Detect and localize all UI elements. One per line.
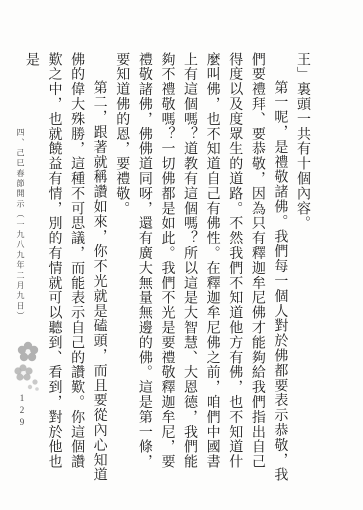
paragraph-second-vow: 第二，跟著就稱讚如來，你不光就是磕頭，而且要從內心知道佛的偉大殊勝，這種不可思議… [19, 52, 109, 484]
page-number: 129 [17, 393, 27, 429]
paragraph-continuation: 王」裏頭一共有十個內容。 [290, 52, 313, 484]
paragraph-first-vow: 第一呢，是禮敬諸佛。我們每一個人對於佛都要表示恭敬，我們要禮拜、要恭敬，因為只有… [110, 52, 291, 484]
body-text: 王」裏頭一共有十個內容。 第一呢，是禮敬諸佛。我們每一個人對於佛都要表示恭敬，我… [37, 52, 313, 484]
book-page: 王」裏頭一共有十個內容。 第一呢，是禮敬諸佛。我們每一個人對於佛都要表示恭敬，我… [0, 0, 363, 510]
margin-chapter-note: 四、己巳春節開示（一九八九年二月九日） [15, 128, 26, 328]
plum-blossom-stamp-icon [11, 338, 45, 396]
